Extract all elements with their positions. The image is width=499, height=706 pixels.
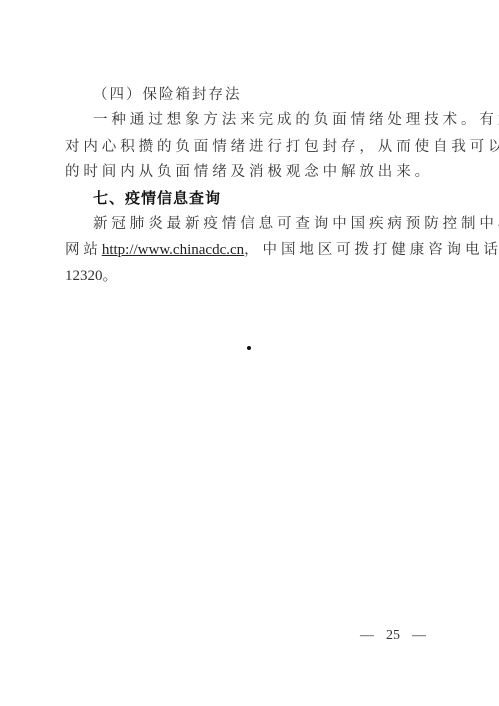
section-heading-epidemic-info: 七、疫情信息查询 [93,187,437,209]
paragraph-line: 新冠肺炎最新疫情信息可查询中国疾病预防控制中心官方 [93,213,437,235]
paragraph-line: 一种通过想象方法来完成的负面情绪处理技术。有意识地 [93,109,437,131]
dash-right: — [412,626,426,646]
page-number-footer: — 25 — [360,626,426,646]
dash-left: — [360,626,374,646]
paragraph-line: 对内心积攒的负面情绪进行打包封存，从而使自我可以在较短 [65,136,437,158]
paragraph-line: 的时间内从负面情绪及消极观念中解放出来。 [65,161,437,183]
text-prefix: 网站 [65,242,102,258]
document-page: （四）保险箱封存法 一种通过想象方法来完成的负面情绪处理技术。有意识地 对内心积… [0,0,499,706]
hotline-number: 12320。 [65,265,437,287]
page-number: 25 [386,626,400,646]
bullet-dot-mark [247,346,251,350]
subsection-heading-safe-box-method: （四）保险箱封存法 [93,84,437,106]
text-suffix: ，中国地区可拨打健康咨询电话： [244,242,499,258]
paragraph-line-with-link: 网站http://www.chinacdc.cn，中国地区可拨打健康咨询电话： [65,239,437,261]
cdc-website-link[interactable]: http://www.chinacdc.cn [102,242,244,258]
